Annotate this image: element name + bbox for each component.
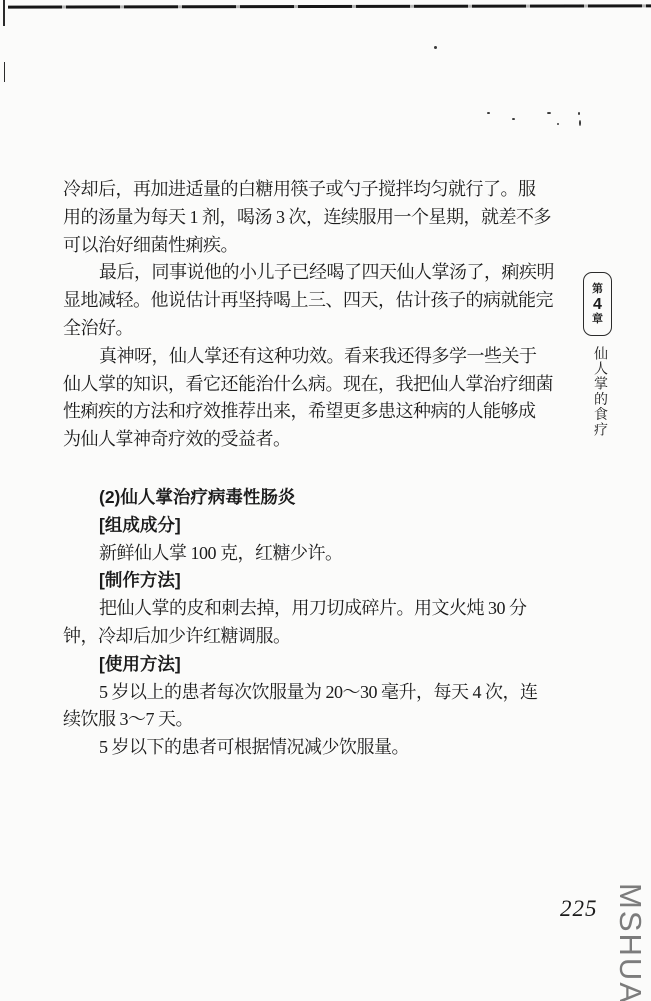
chapter-prefix: 第 <box>592 283 603 296</box>
scan-speck <box>579 120 581 126</box>
text-line: 续饮服 3～7 天。 <box>63 706 541 734</box>
text-line: 新鲜仙人掌 100 克，红糖少许。 <box>63 540 541 568</box>
text-line: 5 岁以上的患者每次饮服量为 20～30 毫升，每天 4 次，连 <box>63 679 541 707</box>
scan-speck <box>578 112 580 115</box>
scan-speck <box>487 112 490 114</box>
text-line: 性痢疾的方法和疗效推荐出来，希望更多患这种病的人能够成 <box>63 398 541 426</box>
scan-speck <box>434 46 437 49</box>
scan-speck <box>547 112 551 114</box>
scan-speck <box>557 123 559 125</box>
chapter-badge: 第 4 章 <box>583 272 612 336</box>
body-text-column: 冷却后，再加进适量的白糖用筷子或勺子搅拌均匀就行了。服 用的汤量为每天 1 剂，… <box>63 176 541 762</box>
text-line: 把仙人掌的皮和刺去掉，用刀切成碎片。用文火炖 30 分 <box>63 595 541 623</box>
text-line: 最后，同事说他的小儿子已经喝了四天仙人掌汤了，痢疾明 <box>63 259 541 287</box>
subsection-heading: [制作方法] <box>63 567 541 595</box>
text-line: 全治好。 <box>63 315 541 343</box>
text-line: 可以治好细菌性痢疾。 <box>63 232 541 260</box>
subsection-heading: [使用方法] <box>63 651 541 679</box>
text-line: 钟，冷却后加少许红糖调服。 <box>63 623 541 651</box>
text-line: 5 岁以下的患者可根据情况减少饮服量。 <box>63 734 541 762</box>
scan-artifact-left-edge <box>4 62 5 82</box>
scanned-book-page: 冷却后，再加进适量的白糖用筷子或勺子搅拌均匀就行了。服 用的汤量为每天 1 剂，… <box>0 0 651 1001</box>
chapter-suffix: 章 <box>592 313 603 326</box>
scan-artifact-left-edge <box>3 0 5 26</box>
chapter-title-vertical: 仙人掌的食疗 <box>590 346 608 437</box>
text-line: 仙人掌的知识，看它还能治什么病。现在，我把仙人掌治疗细菌 <box>63 371 541 399</box>
text-line: 真神呀，仙人掌还有这种功效。看来我还得多学一些关于 <box>63 343 541 371</box>
section-heading: (2)仙人掌治疗病毒性肠炎 <box>63 484 541 512</box>
text-line: 显地减轻。他说估计再坚持喝上三、四天，估计孩子的病就能完 <box>63 287 541 315</box>
text-line: 为仙人掌神奇疗效的受益者。 <box>63 426 541 454</box>
watermark-text: MSHUA <box>608 883 648 1001</box>
scan-speck <box>512 118 515 120</box>
scan-artifact-top-line <box>8 4 651 8</box>
page-number: 225 <box>560 896 598 922</box>
text-line: 冷却后，再加进适量的白糖用筷子或勺子搅拌均匀就行了。服 <box>63 176 541 204</box>
subsection-heading: [组成成分] <box>63 512 541 540</box>
text-line: 用的汤量为每天 1 剂，喝汤 3 次，连续服用一个星期，就差不多 <box>63 204 541 232</box>
chapter-number: 4 <box>593 296 602 313</box>
